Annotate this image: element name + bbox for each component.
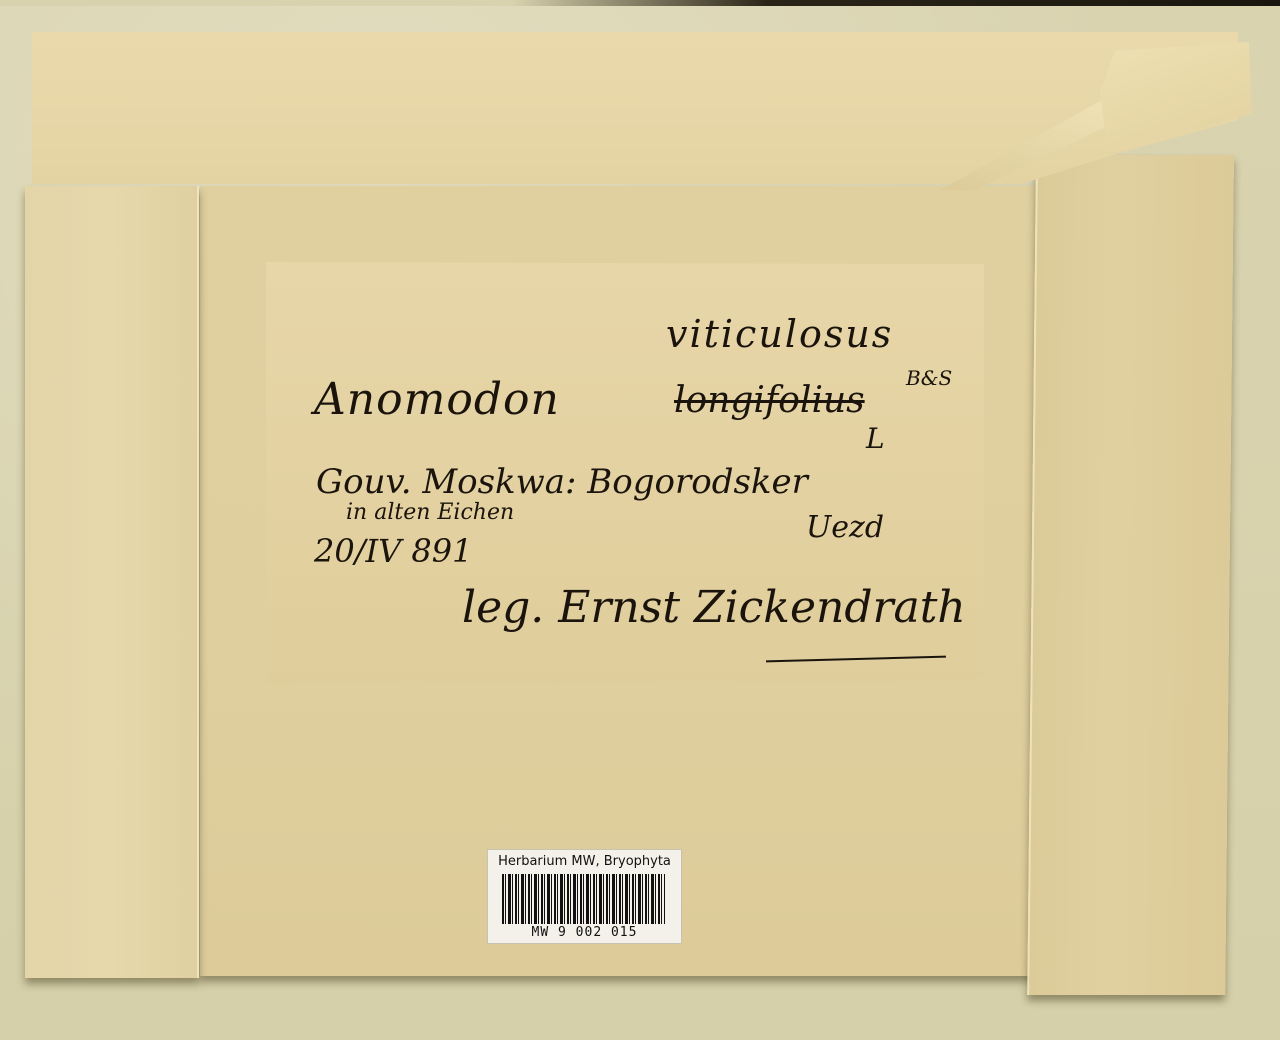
barcode-sticker: Herbarium MW, Bryophyta MW 9 002 015: [487, 849, 682, 944]
label-genus: Anomodon: [314, 374, 560, 425]
label-locality: Gouv. Moskwa: Bogorodsker: [316, 462, 808, 502]
signature-underline: [766, 656, 946, 663]
label-epithet-struck: longifolius: [674, 380, 865, 421]
label-author-current: B&S: [906, 366, 952, 390]
label-habitat: in alten Eichen: [346, 500, 514, 525]
label-collector-signature: leg. Ernst Zickendrath: [462, 582, 966, 633]
envelope-left-flap: [25, 186, 199, 978]
envelope-top-flap: [32, 32, 1238, 184]
barcode-number: MW 9 002 015: [488, 925, 681, 940]
label-author-struck: L: [866, 422, 885, 455]
barcode-icon: [502, 874, 665, 924]
handwritten-specimen-label: viticulosus B&S Anomodon longifolius L G…: [266, 262, 984, 686]
label-uezd: Uezd: [806, 510, 884, 545]
scan-top-edge: [0, 0, 1280, 6]
barcode-title: Herbarium MW, Bryophyta: [488, 854, 681, 869]
label-collection-date: 20/IV 891: [314, 532, 473, 570]
label-epithet-current: viticulosus: [666, 312, 893, 356]
envelope-right-flap: [1027, 155, 1234, 995]
